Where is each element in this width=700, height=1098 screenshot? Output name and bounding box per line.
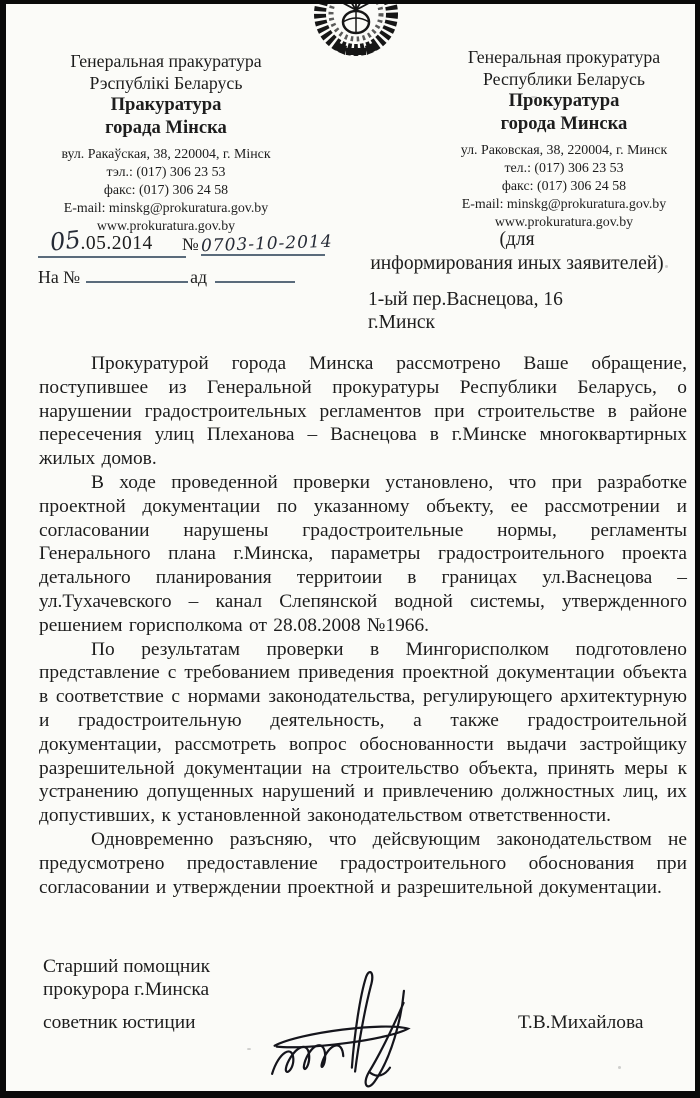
scanned-letter-page: Генеральная пракуратура Рэспублікі Белар… [0,0,700,1098]
org-name-line: Республики Беларусь [430,68,698,90]
org-name-line: Рэспублікі Беларусь [30,72,302,94]
signer-position-line: прокурора г.Минска [43,978,210,1001]
letterhead-russian: Генеральная прокуратура Республики Белар… [430,46,698,232]
reply-date-blank [215,266,295,283]
dept-name-line: Пракуратура [30,94,302,117]
recipient-note-line: информирования иных заявителей) [340,252,694,276]
belarus-coat-of-arms-icon [308,4,404,60]
fax-line: факс: (017) 306 24 58 [30,182,302,200]
reply-reference-row: На №ад [38,266,338,288]
email-line: E-mail: minskg@prokuratura.gov.by [30,200,302,218]
address-line: ул. Раковская, 38, 220004, г. Минск [430,142,698,160]
address-line: вул. Ракаўская, 38, 220004, г. Мінск [30,146,302,164]
handwritten-number: 0703-10-2014 [201,232,333,257]
handwritten-signature [251,961,440,1098]
recipient-address-line: 1-ый пер.Васнецова, 16 [368,288,694,311]
handwritten-date: 05 [48,225,82,257]
signer-rank: советник юстиции [43,1012,196,1034]
phone-line: тел.: (017) 306 23 53 [430,160,698,178]
contact-block: вул. Ракаўская, 38, 220004, г. Мінск тэл… [30,146,302,236]
reply-prefix-label: На № [38,267,80,287]
printed-date: .05.2014 [81,233,153,254]
body-paragraph-2: В ходе проведенной проверки установлено,… [39,471,687,638]
recipient-address-line: г.Минск [368,311,694,334]
reply-number-blank [86,266,188,283]
scan-speck [531,96,537,98]
dept-name-line: города Минска [430,113,698,136]
recipient-address: 1-ый пер.Васнецова, 16 г.Минск [340,288,694,334]
fax-line: факс: (017) 306 24 58 [430,178,698,196]
dept-name-line: Прокуратура [430,90,698,113]
letter-body: Прокуратурой города Минска рассмотрено В… [39,352,687,899]
body-paragraph-3: По результатам проверки в Мингорисполком… [39,638,687,828]
signer-position-line: Старший помощник [43,955,210,978]
org-name-line: Генеральная прокуратура [430,46,698,68]
scan-speck [618,1066,621,1069]
body-paragraph-4: Одновременно разъсняю, что дейсвующим за… [39,828,687,899]
outgoing-number-field: 0703-10-2014 [201,234,325,256]
number-sign: № [182,234,199,255]
scan-speck [247,1048,251,1050]
signer-position: Старший помощник прокурора г.Минска [43,955,210,1001]
email-line: E-mail: minskg@prokuratura.gov.by [430,196,698,214]
signer-name: Т.В.Михайлова [518,1012,643,1034]
letterhead-belarusian: Генеральная пракуратура Рэспублікі Белар… [30,50,302,236]
scan-speck [665,265,668,268]
org-name-line: Генеральная пракуратура [30,50,302,72]
contact-block: ул. Раковская, 38, 220004, г. Минск тел.… [430,142,698,232]
dept-name-line: горада Мінска [30,117,302,140]
outgoing-date-field: 05.05.2014 [38,227,186,258]
body-paragraph-1: Прокуратурой города Минска рассмотрено В… [39,352,687,471]
outgoing-reference-row: 05.05.2014 № 0703-10-2014 [38,224,330,262]
phone-line: тэл.: (017) 306 23 53 [30,164,302,182]
recipient-note-line: (для [340,228,694,252]
reply-infix-label: ад [190,267,207,287]
recipient-block: (для информирования иных заявителей) 1-ы… [340,228,694,334]
